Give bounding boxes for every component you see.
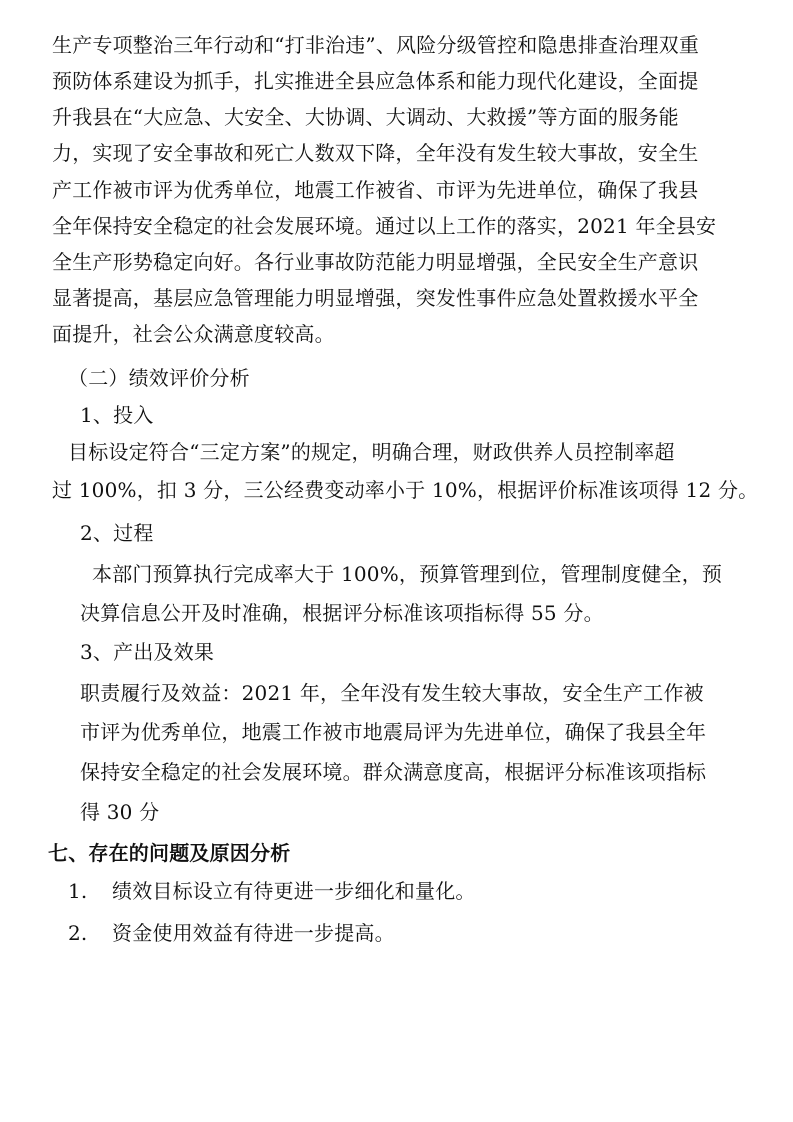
paragraph-line: 产工作被市评为优秀单位，地震工作被省、市评为先进单位，确保了我县: [52, 178, 698, 202]
paragraph-line: 目标设定符合“三定方案”的规定，明确合理，财政供养人员控制率超: [68, 440, 675, 464]
list-item-number: 2.: [68, 921, 112, 945]
paragraph-line: 全年保持安全稳定的社会发展环境。通过以上工作的落实，2021 年全县安: [52, 214, 716, 238]
paragraph-line: 升我县在“大应急、大安全、大协调、大调动、大救援”等方面的服务能: [52, 105, 679, 129]
list-item-text: 资金使用效益有待进一步提高。: [112, 921, 395, 945]
paragraph-line: 力，实现了安全事故和死亡人数双下降，全年没有发生较大事故，安全生: [52, 141, 698, 165]
paragraph-line: 决算信息公开及时准确，根据评分标准该项指标得 55 分。: [80, 601, 604, 625]
list-item-number: 1.: [68, 879, 112, 903]
list-item: 1.绩效目标设立有待更进一步细化和量化。: [68, 879, 476, 903]
paragraph-line: 预防体系建设为抓手，扎实推进全县应急体系和能力现代化建设，全面提: [52, 69, 698, 93]
paragraph-line: 保持安全稳定的社会发展环境。群众满意度高，根据评分标准该项指标: [80, 760, 706, 784]
subsection-title-input: 1、投入: [80, 403, 154, 427]
list-item: 2.资金使用效益有待进一步提高。: [68, 921, 395, 945]
paragraph-line: 面提升，社会公众满意度较高。: [52, 322, 335, 346]
paragraph-line: 得 30 分: [80, 800, 159, 824]
paragraph-line: 全生产形势稳定向好。各行业事故防范能力明显增强，全民安全生产意识: [52, 250, 698, 274]
paragraph-line: 显著提高，基层应急管理能力明显增强，突发性事件应急处置救援水平全: [52, 286, 698, 310]
subsection-title-process: 2、过程: [80, 521, 154, 545]
paragraph-line: 本部门预算执行完成率大于 100%，预算管理到位，管理制度健全，预: [92, 562, 722, 586]
paragraph-line: 过 100%，扣 3 分，三公经费变动率小于 10%，根据评价标准该项得 12 …: [52, 478, 758, 502]
paragraph-line: 市评为优秀单位，地震工作被市地震局评为先进单位，确保了我县全年: [80, 720, 706, 744]
list-item-text: 绩效目标设立有待更进一步细化和量化。: [112, 879, 476, 903]
paragraph-line: 生产专项整治三年行动和“打非治违”、风险分级管控和隐患排查治理双重: [52, 33, 699, 57]
section-title-problems: 七、存在的问题及原因分析: [48, 841, 290, 865]
paragraph-line: 职责履行及效益：2021 年，全年没有发生较大事故，安全生产工作被: [80, 681, 704, 705]
subsection-title-output: 3、产出及效果: [80, 640, 214, 664]
section-title-performance-analysis: （二）绩效评价分析: [68, 366, 250, 390]
